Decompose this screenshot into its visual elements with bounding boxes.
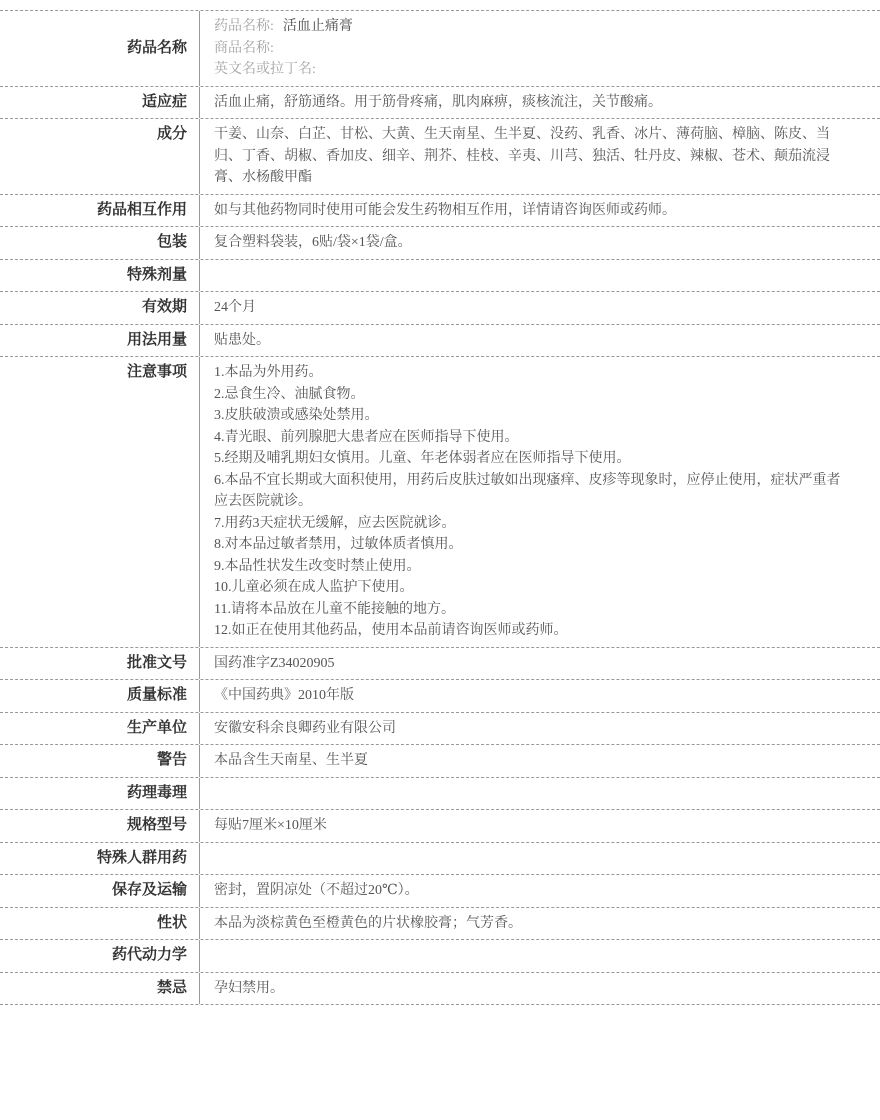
table-row: 生产单位安徽安科余良卿药业有限公司 xyxy=(0,713,880,746)
table-row: 特殊剂量 xyxy=(0,260,880,293)
notice-item: 1.本品为外用药。 xyxy=(214,362,854,384)
notice-item: 10.儿童必须在成人监护下使用。 xyxy=(214,577,854,599)
table-row: 性状本品为淡棕黄色至橙黄色的片状橡胶膏；气芳香。 xyxy=(0,908,880,941)
table-row: 批准文号国药准字Z34020905 xyxy=(0,648,880,681)
row-label: 用法用量 xyxy=(0,325,200,357)
row-label: 药品相互作用 xyxy=(0,195,200,227)
notice-item: 12.如正在使用其他药品，使用本品前请咨询医师或药师。 xyxy=(214,620,854,642)
row-content: 活血止痛，舒筋通络。用于筋骨疼痛，肌肉麻痹，痰核流注，关节酸痛。 xyxy=(200,87,880,119)
row-label: 性状 xyxy=(0,908,200,940)
row-label: 包装 xyxy=(0,227,200,259)
table-row: 警告本品含生天南星、生半夏 xyxy=(0,745,880,778)
row-content: 每贴7厘米×10厘米 xyxy=(200,810,880,842)
table-row: 药品名称药品名称:活血止痛膏商品名称:英文名或拉丁名: xyxy=(0,11,880,87)
drug-name-line: 药品名称:活血止痛膏 xyxy=(214,16,854,38)
row-label: 适应症 xyxy=(0,87,200,119)
row-label: 质量标准 xyxy=(0,680,200,712)
row-content: 本品含生天南星、生半夏 xyxy=(200,745,880,777)
table-row: 注意事项1.本品为外用药。2.忌食生冷、油腻食物。3.皮肤破溃或感染处禁用。4.… xyxy=(0,357,880,648)
row-content: 密封，置阴凉处（不超过20℃）。 xyxy=(200,875,880,907)
notice-item: 9.本品性状发生改变时禁止使用。 xyxy=(214,556,854,578)
row-label: 禁忌 xyxy=(0,973,200,1005)
table-row: 保存及运输密封，置阴凉处（不超过20℃）。 xyxy=(0,875,880,908)
row-content: 《中国药典》2010年版 xyxy=(200,680,880,712)
field-label: 英文名或拉丁名: xyxy=(214,62,316,77)
row-content: 国药准字Z34020905 xyxy=(200,648,880,680)
notice-item: 3.皮肤破溃或感染处禁用。 xyxy=(214,405,854,427)
notice-item: 7.用药3天症状无缓解，应去医院就诊。 xyxy=(214,513,854,535)
table-row: 适应症活血止痛，舒筋通络。用于筋骨疼痛，肌肉麻痹，痰核流注，关节酸痛。 xyxy=(0,87,880,120)
row-content: 药品名称:活血止痛膏商品名称:英文名或拉丁名: xyxy=(200,11,880,86)
row-label: 警告 xyxy=(0,745,200,777)
row-content: 孕妇禁用。 xyxy=(200,973,880,1005)
table-row: 包装复合塑料袋装，6贴/袋×1袋/盒。 xyxy=(0,227,880,260)
row-label: 药品名称 xyxy=(0,11,200,86)
table-row: 禁忌孕妇禁用。 xyxy=(0,973,880,1006)
notice-item: 5.经期及哺乳期妇女慎用。儿童、年老体弱者应在医师指导下使用。 xyxy=(214,448,854,470)
row-content xyxy=(200,843,880,875)
row-content: 贴患处。 xyxy=(200,325,880,357)
notice-item: 6.本品不宜长期或大面积使用，用药后皮肤过敏如出现瘙痒、皮疹等现象时，应停止使用… xyxy=(214,470,854,513)
field-label: 药品名称: xyxy=(214,19,274,34)
row-content: 1.本品为外用药。2.忌食生冷、油腻食物。3.皮肤破溃或感染处禁用。4.青光眼、… xyxy=(200,357,880,647)
row-label: 药理毒理 xyxy=(0,778,200,810)
table-row: 药代动力学 xyxy=(0,940,880,973)
row-label: 药代动力学 xyxy=(0,940,200,972)
row-content: 本品为淡棕黄色至橙黄色的片状橡胶膏；气芳香。 xyxy=(200,908,880,940)
table-row: 用法用量贴患处。 xyxy=(0,325,880,358)
row-content: 如与其他药物同时使用可能会发生药物相互作用，详情请咨询医师或药师。 xyxy=(200,195,880,227)
row-label: 规格型号 xyxy=(0,810,200,842)
row-content: 24个月 xyxy=(200,292,880,324)
notice-item: 8.对本品过敏者禁用，过敏体质者慎用。 xyxy=(214,534,854,556)
field-label: 商品名称: xyxy=(214,41,274,56)
table-row: 有效期24个月 xyxy=(0,292,880,325)
row-content: 复合塑料袋装，6贴/袋×1袋/盒。 xyxy=(200,227,880,259)
table-row: 质量标准《中国药典》2010年版 xyxy=(0,680,880,713)
drug-name-line: 英文名或拉丁名: xyxy=(214,59,854,81)
drug-info-table: 药品名称药品名称:活血止痛膏商品名称:英文名或拉丁名:适应症活血止痛，舒筋通络。… xyxy=(0,10,880,1005)
row-label: 特殊人群用药 xyxy=(0,843,200,875)
table-row: 药理毒理 xyxy=(0,778,880,811)
row-content: 安徽安科余良卿药业有限公司 xyxy=(200,713,880,745)
notice-item: 2.忌食生冷、油腻食物。 xyxy=(214,384,854,406)
row-label: 有效期 xyxy=(0,292,200,324)
row-label: 生产单位 xyxy=(0,713,200,745)
table-row: 成分干姜、山奈、白芷、甘松、大黄、生天南星、生半夏、没药、乳香、冰片、薄荷脑、樟… xyxy=(0,119,880,195)
row-content xyxy=(200,260,880,292)
row-content: 干姜、山奈、白芷、甘松、大黄、生天南星、生半夏、没药、乳香、冰片、薄荷脑、樟脑、… xyxy=(200,119,880,194)
row-label: 注意事项 xyxy=(0,357,200,647)
notice-item: 4.青光眼、前列腺肥大患者应在医师指导下使用。 xyxy=(214,427,854,449)
row-content xyxy=(200,940,880,972)
row-content xyxy=(200,778,880,810)
row-label: 保存及运输 xyxy=(0,875,200,907)
field-value: 活血止痛膏 xyxy=(283,19,353,34)
row-label: 特殊剂量 xyxy=(0,260,200,292)
table-row: 规格型号每贴7厘米×10厘米 xyxy=(0,810,880,843)
table-row: 特殊人群用药 xyxy=(0,843,880,876)
row-label: 批准文号 xyxy=(0,648,200,680)
row-label: 成分 xyxy=(0,119,200,194)
notice-item: 11.请将本品放在儿童不能接触的地方。 xyxy=(214,599,854,621)
table-row: 药品相互作用如与其他药物同时使用可能会发生药物相互作用，详情请咨询医师或药师。 xyxy=(0,195,880,228)
drug-name-line: 商品名称: xyxy=(214,38,854,60)
